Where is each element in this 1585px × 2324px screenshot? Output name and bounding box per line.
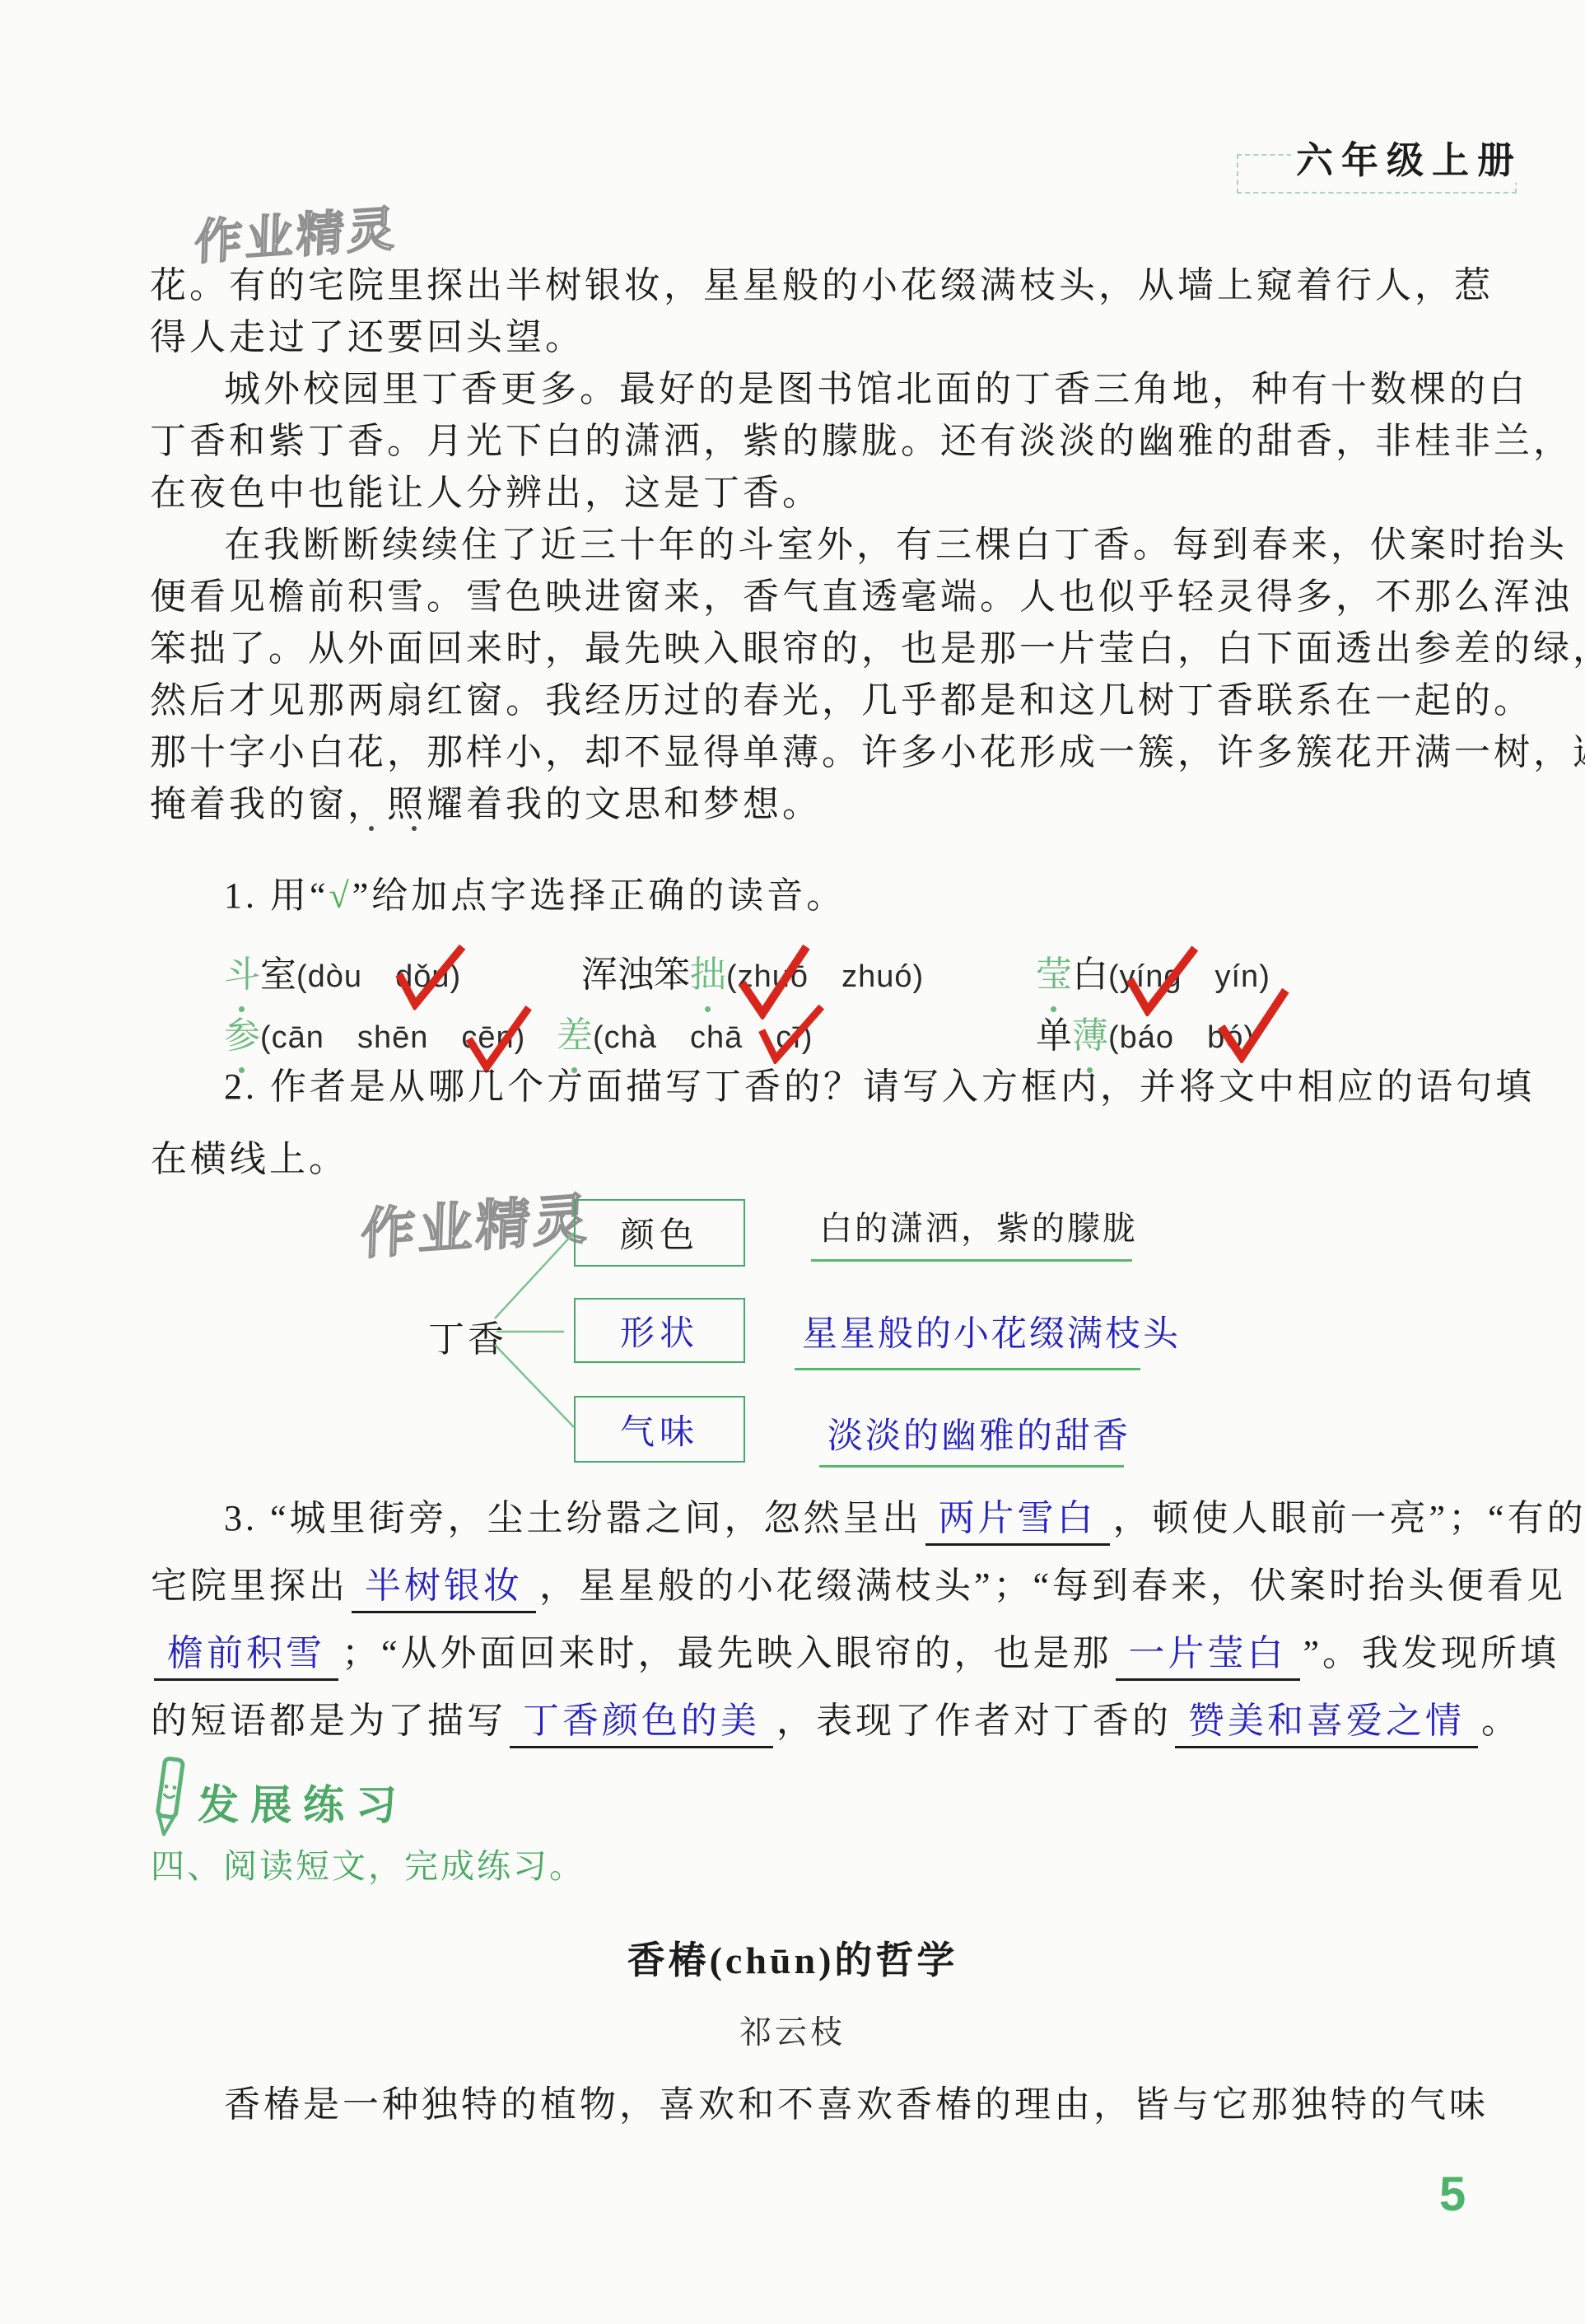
dotted-character: 拙 (690, 945, 726, 997)
pinyin-option-checked: dǒu (395, 959, 450, 995)
blank-answer: 檐前积雪 (154, 1636, 338, 1681)
exercise3-text: ”。我发现所填 (1303, 1633, 1560, 1673)
pinyin-group: 斗室(dòudǒu) (224, 945, 461, 997)
pinyin-option: chā (690, 1020, 743, 1056)
dotted-character: 薄 (1072, 1006, 1108, 1058)
watermark: 作业精灵 (193, 205, 399, 268)
pinyin-option-checked: bó (1207, 1020, 1243, 1056)
diagram-answer: 星星般的小花缀满枝头 (802, 1317, 1181, 1352)
check-symbol: √ (329, 875, 352, 916)
pinyin-options: (báobó) (1108, 1020, 1255, 1055)
pinyin-options: (yíngyín) (1108, 959, 1270, 994)
diagram-box-形状: 形状 (574, 1298, 745, 1363)
pinyin-group: 参(cānshēncēn) (224, 1006, 525, 1058)
passage-line: 掩着我的窗，照耀着我的文思和梦想。 (150, 786, 822, 823)
page-number: 5 (1439, 2171, 1466, 2219)
passage-line: 城外校园里丁香更多。最好的是图书馆北面的丁香三角地，种有十数棵的白 (150, 371, 1528, 408)
grade-badge: 六年级上册 (1291, 138, 1527, 183)
diagram-answer: 白的潇洒，紫的朦胧 (819, 1212, 1138, 1245)
exercise3-text: 的短语都是为了描写 (151, 1701, 506, 1741)
pinyin-group: 莹白(yíngyín) (1036, 945, 1270, 997)
blank-answer: 赞美和喜爱之情 (1175, 1703, 1478, 1748)
exercise2-number: 2. (224, 1066, 258, 1107)
pinyin-option: dòu (308, 959, 362, 995)
diagram-answer-underline (819, 1465, 1124, 1468)
pinyin-option-checked: zhuō (738, 959, 809, 995)
reading-title: 香椿(chūn)的哲学 (0, 1942, 1585, 1980)
exercise3-text: ；“从外面回来时，最先映入眼帘的，也是那 (342, 1633, 1112, 1673)
passage-line: 在我断断续续住了近三十年的斗室外，有三棵白丁香。每到春来，伏案时抬头 (150, 527, 1568, 563)
dotted-character: 参 (224, 1006, 260, 1058)
blank-answer: 丁香颜色的美 (510, 1703, 773, 1748)
diagram-box-气味: 气味 (574, 1396, 745, 1463)
passage-line: 得人走过了还要回头望。 (150, 320, 585, 356)
pinyin-options: (zhuōzhuó) (726, 959, 924, 994)
pinyin-options: (cānshēncēn) (260, 1020, 525, 1055)
pinyin-options: (dòudǒu) (296, 959, 461, 994)
blank-answer: 半树银妆 (352, 1568, 536, 1613)
exercise3-text: ，表现了作者对丁香的 (776, 1701, 1172, 1741)
pinyin-option: shēn (357, 1020, 428, 1056)
section-instruction-four: 四、阅读短文，完成练习。 (151, 1850, 585, 1883)
pinyin-options: (chàchācī) (593, 1020, 813, 1055)
blank-answer: 两片雪白 (925, 1500, 1110, 1546)
pencil-icon (152, 1756, 188, 1841)
dotted-character: 浊 (618, 945, 654, 997)
pinyin-group: 差(chàchācī) (557, 1006, 813, 1058)
exercise1-instruction: 1. 用“√”给加点字选择正确的读音。 (224, 878, 846, 914)
pinyin-option: yín (1214, 959, 1259, 995)
emphasis-dot (412, 826, 417, 831)
exercise3-text: 3. “城里街旁，尘土纷嚣之间，忽然呈出 (224, 1498, 922, 1538)
dotted-character: 室 (260, 945, 296, 997)
passage-line: 然后才见那两扇红窗。我经历过的春光，几乎都是和这几树丁香联系在一起的。 (150, 683, 1533, 719)
pinyin-group: 浑浊笨拙(zhuōzhuó) (581, 945, 924, 997)
section-title-development: 发展练习 (198, 1785, 408, 1826)
dotted-character: 单 (1036, 1006, 1072, 1058)
dotted-character: 莹 (1036, 945, 1072, 997)
workbook-page: 六年级上册 作业精灵 作业精灵 花。有的宅院里探出半树银妆，星星般的小花缀满枝头… (0, 0, 1585, 2324)
dotted-character: 差 (557, 1006, 593, 1058)
pinyin-option: báo (1120, 1020, 1174, 1056)
reading-author: 祁云枝 (0, 2017, 1585, 2049)
blank-answer: 一片莹白 (1116, 1636, 1300, 1681)
pinyin-option-checked: cī (776, 1020, 802, 1056)
passage-line: 笨拙了。从外面回来时，最先映入眼帘的，也是那一片莹白，白下面透出参差的绿， (150, 631, 1585, 667)
exercise3-text: 。 (1481, 1701, 1521, 1741)
exercise2-instruction-line2: 在横线上。 (151, 1141, 348, 1178)
passage-line: 便看见檐前积雪。雪色映进窗来，香气直透毫端。人也似乎轻灵得多，不那么浑浊 (150, 579, 1573, 615)
diagram-answer-underline (795, 1368, 1140, 1370)
emphasis-dot (369, 826, 374, 831)
reading-paragraph: 香椿是一种独特的植物，喜欢和不喜欢香椿的理由，皆与它那独特的气味 (224, 2087, 1489, 2123)
exercise3-text: ，星星般的小花缀满枝头”；“每到春来，伏案时抬头便看见 (539, 1566, 1566, 1606)
dotted-character: 白 (1072, 945, 1108, 997)
diagram-answer-underline (811, 1259, 1132, 1262)
exercise3-line: 的短语都是为了描写丁香颜色的美，表现了作者对丁香的赞美和喜爱之情。 (151, 1703, 1521, 1748)
pinyin-option: chà (604, 1020, 657, 1056)
passage-line: 那十字小白花，那样小，却不显得单薄。许多小花形成一簇，许多簇花开满一树，遮 (150, 735, 1585, 771)
pinyin-option: zhuó (841, 959, 912, 995)
pinyin-option: cān (272, 1020, 324, 1056)
passage-line: 花。有的宅院里探出半树银妆，星星般的小花缀满枝头，从墙上窥着行人，惹 (150, 268, 1494, 304)
exercise3-text: ，顿使人眼前一亮”；“有的 (1113, 1498, 1585, 1538)
dotted-character: 浑 (581, 945, 618, 997)
passage-line: 丁香和紫丁香。月光下白的潇洒，紫的朦胧。还有淡淡的幽雅的甜香，非桂非兰， (150, 423, 1573, 460)
exercise1-number: 1. (224, 875, 258, 916)
exercise3-line: 3. “城里街旁，尘土纷嚣之间，忽然呈出两片雪白，顿使人眼前一亮”；“有的 (224, 1500, 1585, 1546)
dotted-character: 笨 (654, 945, 690, 997)
pinyin-group: 单薄(báobó) (1036, 1006, 1255, 1058)
pinyin-option-checked: cēn (461, 1020, 514, 1056)
exercise2-instruction-line1: 2. 作者是从哪几个方面描写丁香的？请写入方框内，并将文中相应的语句填 (224, 1069, 1535, 1105)
dotted-character: 斗 (224, 945, 260, 997)
pinyin-option-checked: yíng (1120, 959, 1182, 995)
exercise3-line: 宅院里探出半树银妆，星星般的小花缀满枝头”；“每到春来，伏案时抬头便看见 (151, 1568, 1566, 1613)
exercise3-text: 宅院里探出 (151, 1566, 348, 1606)
passage-line: 在夜色中也能让人分辨出，这是丁香。 (150, 475, 822, 511)
diagram-box-颜色: 颜色 (574, 1199, 745, 1267)
exercise3-line: 檐前积雪；“从外面回来时，最先映入眼帘的，也是那一片莹白”。我发现所填 (151, 1636, 1559, 1681)
diagram-answer: 淡淡的幽雅的甜香 (827, 1419, 1130, 1454)
